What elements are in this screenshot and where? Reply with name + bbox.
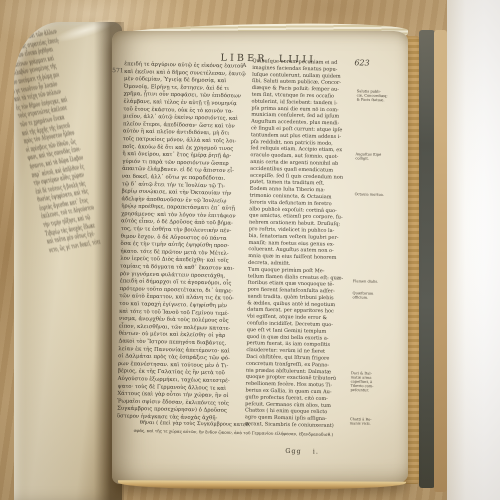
margin-note: Salutis publi- cæ, Concordiæq; & Pacis ſ… [357,89,399,102]
page-content: LIBER LIIII. 623 571 A ἐπειδή τε ἀργύριο… [103,30,408,489]
margin-notes: Salutis publi- cæ, Concordiæq; & Pacis ſ… [349,35,404,456]
signature-mark: Ggg i. [285,447,319,456]
fore-edge-outer [434,30,447,492]
latin-text: Quibuſque eorum pecuniam ei ad imagines … [245,58,355,430]
section-number: 571 [112,67,124,74]
photo-frame: μετὰ δὲ ταῦτα καὶ τῶν ἄλλωντὰς μεγάλας σ… [0,0,500,500]
background-right [447,0,500,500]
margin-note: Octauia mortua. [355,192,397,197]
latin-column: Quibuſque eorum pecuniam ei ad imagines … [245,58,357,432]
margin-note: Daci & Dal- matæ arma capeſſunt, à Tiber… [350,371,392,393]
greek-text: ἐπειδή τε ἀργύριον αὐτῷ ἐς εἰκόνας ἑαυτο… [117,60,248,422]
fore-edge-dark [419,30,435,488]
margin-note: Quæſtorum officium. [352,291,394,300]
margin-note: Auguſtus ſtipē colligit. [355,152,397,161]
greek-column: ἐπειδή τε ἀργύριον αὐτῷ ἐς εἰκόνας ἑαυτο… [117,60,249,427]
margin-note: Flamen dialis. [353,279,395,284]
